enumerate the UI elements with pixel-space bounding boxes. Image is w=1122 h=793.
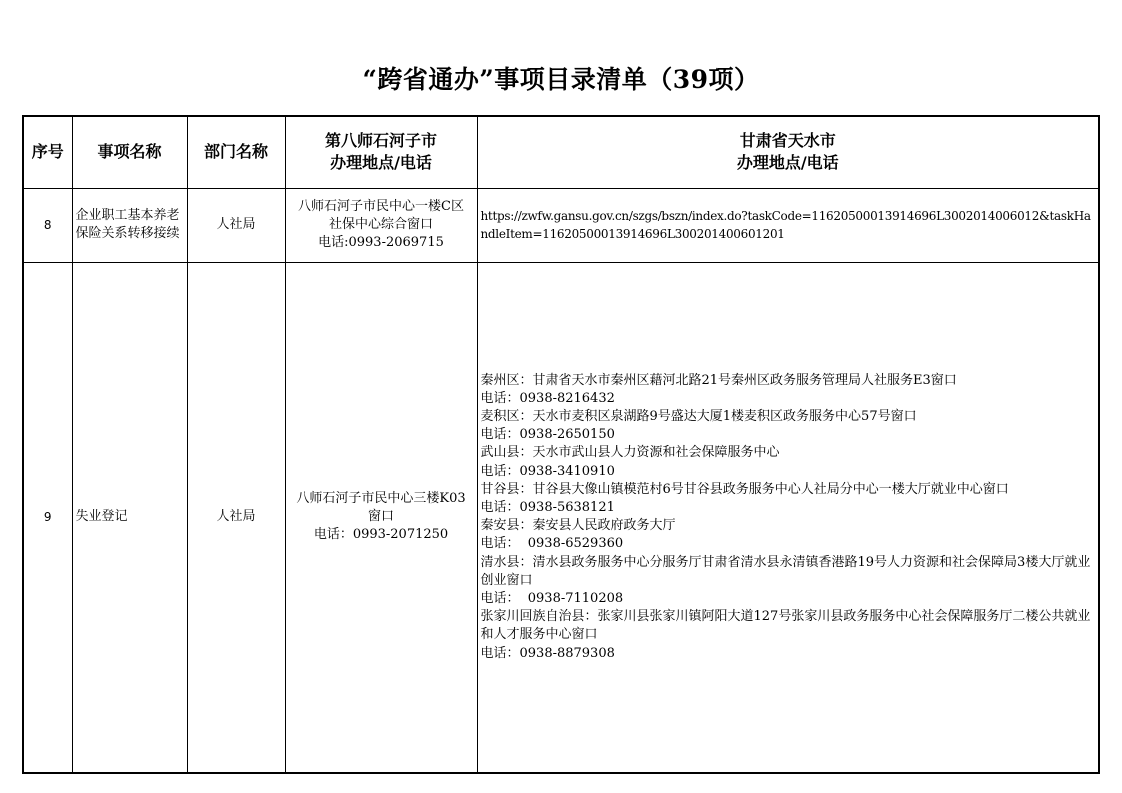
- zhangjiachuan-address: 张家川回族自治县：张家川县张家川镇阿阳大道127号张家川县政务服务中心社会保障服…: [481, 608, 1096, 644]
- header-shihezi-line2: 办理地点/电话: [289, 152, 474, 174]
- header-shihezi: 第八师石河子市 办理地点/电话: [285, 116, 477, 188]
- table-row: 8 企业职工基本养老保险关系转移接续 人社局 八师石河子市民中心一楼C区 社保中…: [23, 188, 1099, 262]
- maiji-address: 麦积区：天水市麦积区泉湖路9号盛达大厦1楼麦积区政务服务中心57号窗口: [481, 408, 1096, 426]
- qinan-phone: 电话： 0938-6529360: [481, 535, 1096, 553]
- header-shihezi-line1: 第八师石河子市: [289, 130, 474, 152]
- qinzhou-address: 秦州区：甘肃省天水市秦州区藉河北路21号秦州区政务服务管理局人社服务E3窗口: [481, 372, 1096, 390]
- wushan-phone: 电话：0938-3410910: [481, 463, 1096, 481]
- row-department: 人社局: [187, 262, 285, 773]
- header-row: 序号 事项名称 部门名称 第八师石河子市 办理地点/电话 甘肃省天水市 办理地点…: [23, 116, 1099, 188]
- gangu-address: 甘谷县：甘谷县大像山镇模范村6号甘谷县政务服务中心人社局分中心一楼大厅就业中心窗…: [481, 481, 1096, 499]
- wushan-address: 武山县：天水市武山县人力资源和社会保障服务中心: [481, 444, 1096, 462]
- header-tianshui: 甘肃省天水市 办理地点/电话: [477, 116, 1099, 188]
- row-item-name: 企业职工基本养老保险关系转移接续: [72, 188, 187, 262]
- header-index: 序号: [23, 116, 72, 188]
- shihezi-address-line2: 社保中心综合窗口: [289, 216, 474, 234]
- qingshui-address: 清水县：清水县政务服务中心分服务厅甘肃省清水县永清镇香港路19号人力资源和社会保…: [481, 554, 1096, 590]
- row-tianshui-locations: 秦州区：甘肃省天水市秦州区藉河北路21号秦州区政务服务管理局人社服务E3窗口 电…: [477, 262, 1099, 773]
- shihezi-address-line1: 八师石河子市民中心三楼K03: [289, 490, 474, 508]
- header-tianshui-line1: 甘肃省天水市: [481, 130, 1096, 152]
- zhangjiachuan-phone: 电话：0938-8879308: [481, 645, 1096, 663]
- row-item-name: 失业登记: [72, 262, 187, 773]
- shihezi-phone: 电话:0993-2069715: [289, 234, 474, 252]
- header-department: 部门名称: [187, 116, 285, 188]
- qinzhou-phone: 电话：0938-8216432: [481, 390, 1096, 408]
- header-tianshui-line2: 办理地点/电话: [481, 152, 1096, 174]
- row-shihezi-location: 八师石河子市民中心一楼C区 社保中心综合窗口 电话:0993-2069715: [285, 188, 477, 262]
- gangu-phone: 电话：0938-5638121: [481, 499, 1096, 517]
- qinan-address: 秦安县：秦安县人民政府政务大厅: [481, 517, 1096, 535]
- row-index: 8: [23, 188, 72, 262]
- tianshui-url-link[interactable]: https://zwfw.gansu.gov.cn/szgs/bszn/inde…: [477, 188, 1099, 262]
- shihezi-address-line2: 窗口: [289, 508, 474, 526]
- header-item-name: 事项名称: [72, 116, 187, 188]
- maiji-phone: 电话：0938-2650150: [481, 426, 1096, 444]
- row-department: 人社局: [187, 188, 285, 262]
- row-shihezi-location: 八师石河子市民中心三楼K03 窗口 电话：0993-2071250: [285, 262, 477, 773]
- page-title: “跨省通办”事项目录清单（39项）: [0, 60, 1122, 96]
- shihezi-address-line1: 八师石河子市民中心一楼C区: [289, 198, 474, 216]
- items-table: 序号 事项名称 部门名称 第八师石河子市 办理地点/电话 甘肃省天水市 办理地点…: [22, 115, 1100, 774]
- row-index: 9: [23, 262, 72, 773]
- table-row: 9 失业登记 人社局 八师石河子市民中心三楼K03 窗口 电话：0993-207…: [23, 262, 1099, 773]
- shihezi-phone: 电话：0993-2071250: [289, 526, 474, 544]
- qingshui-phone: 电话： 0938-7110208: [481, 590, 1096, 608]
